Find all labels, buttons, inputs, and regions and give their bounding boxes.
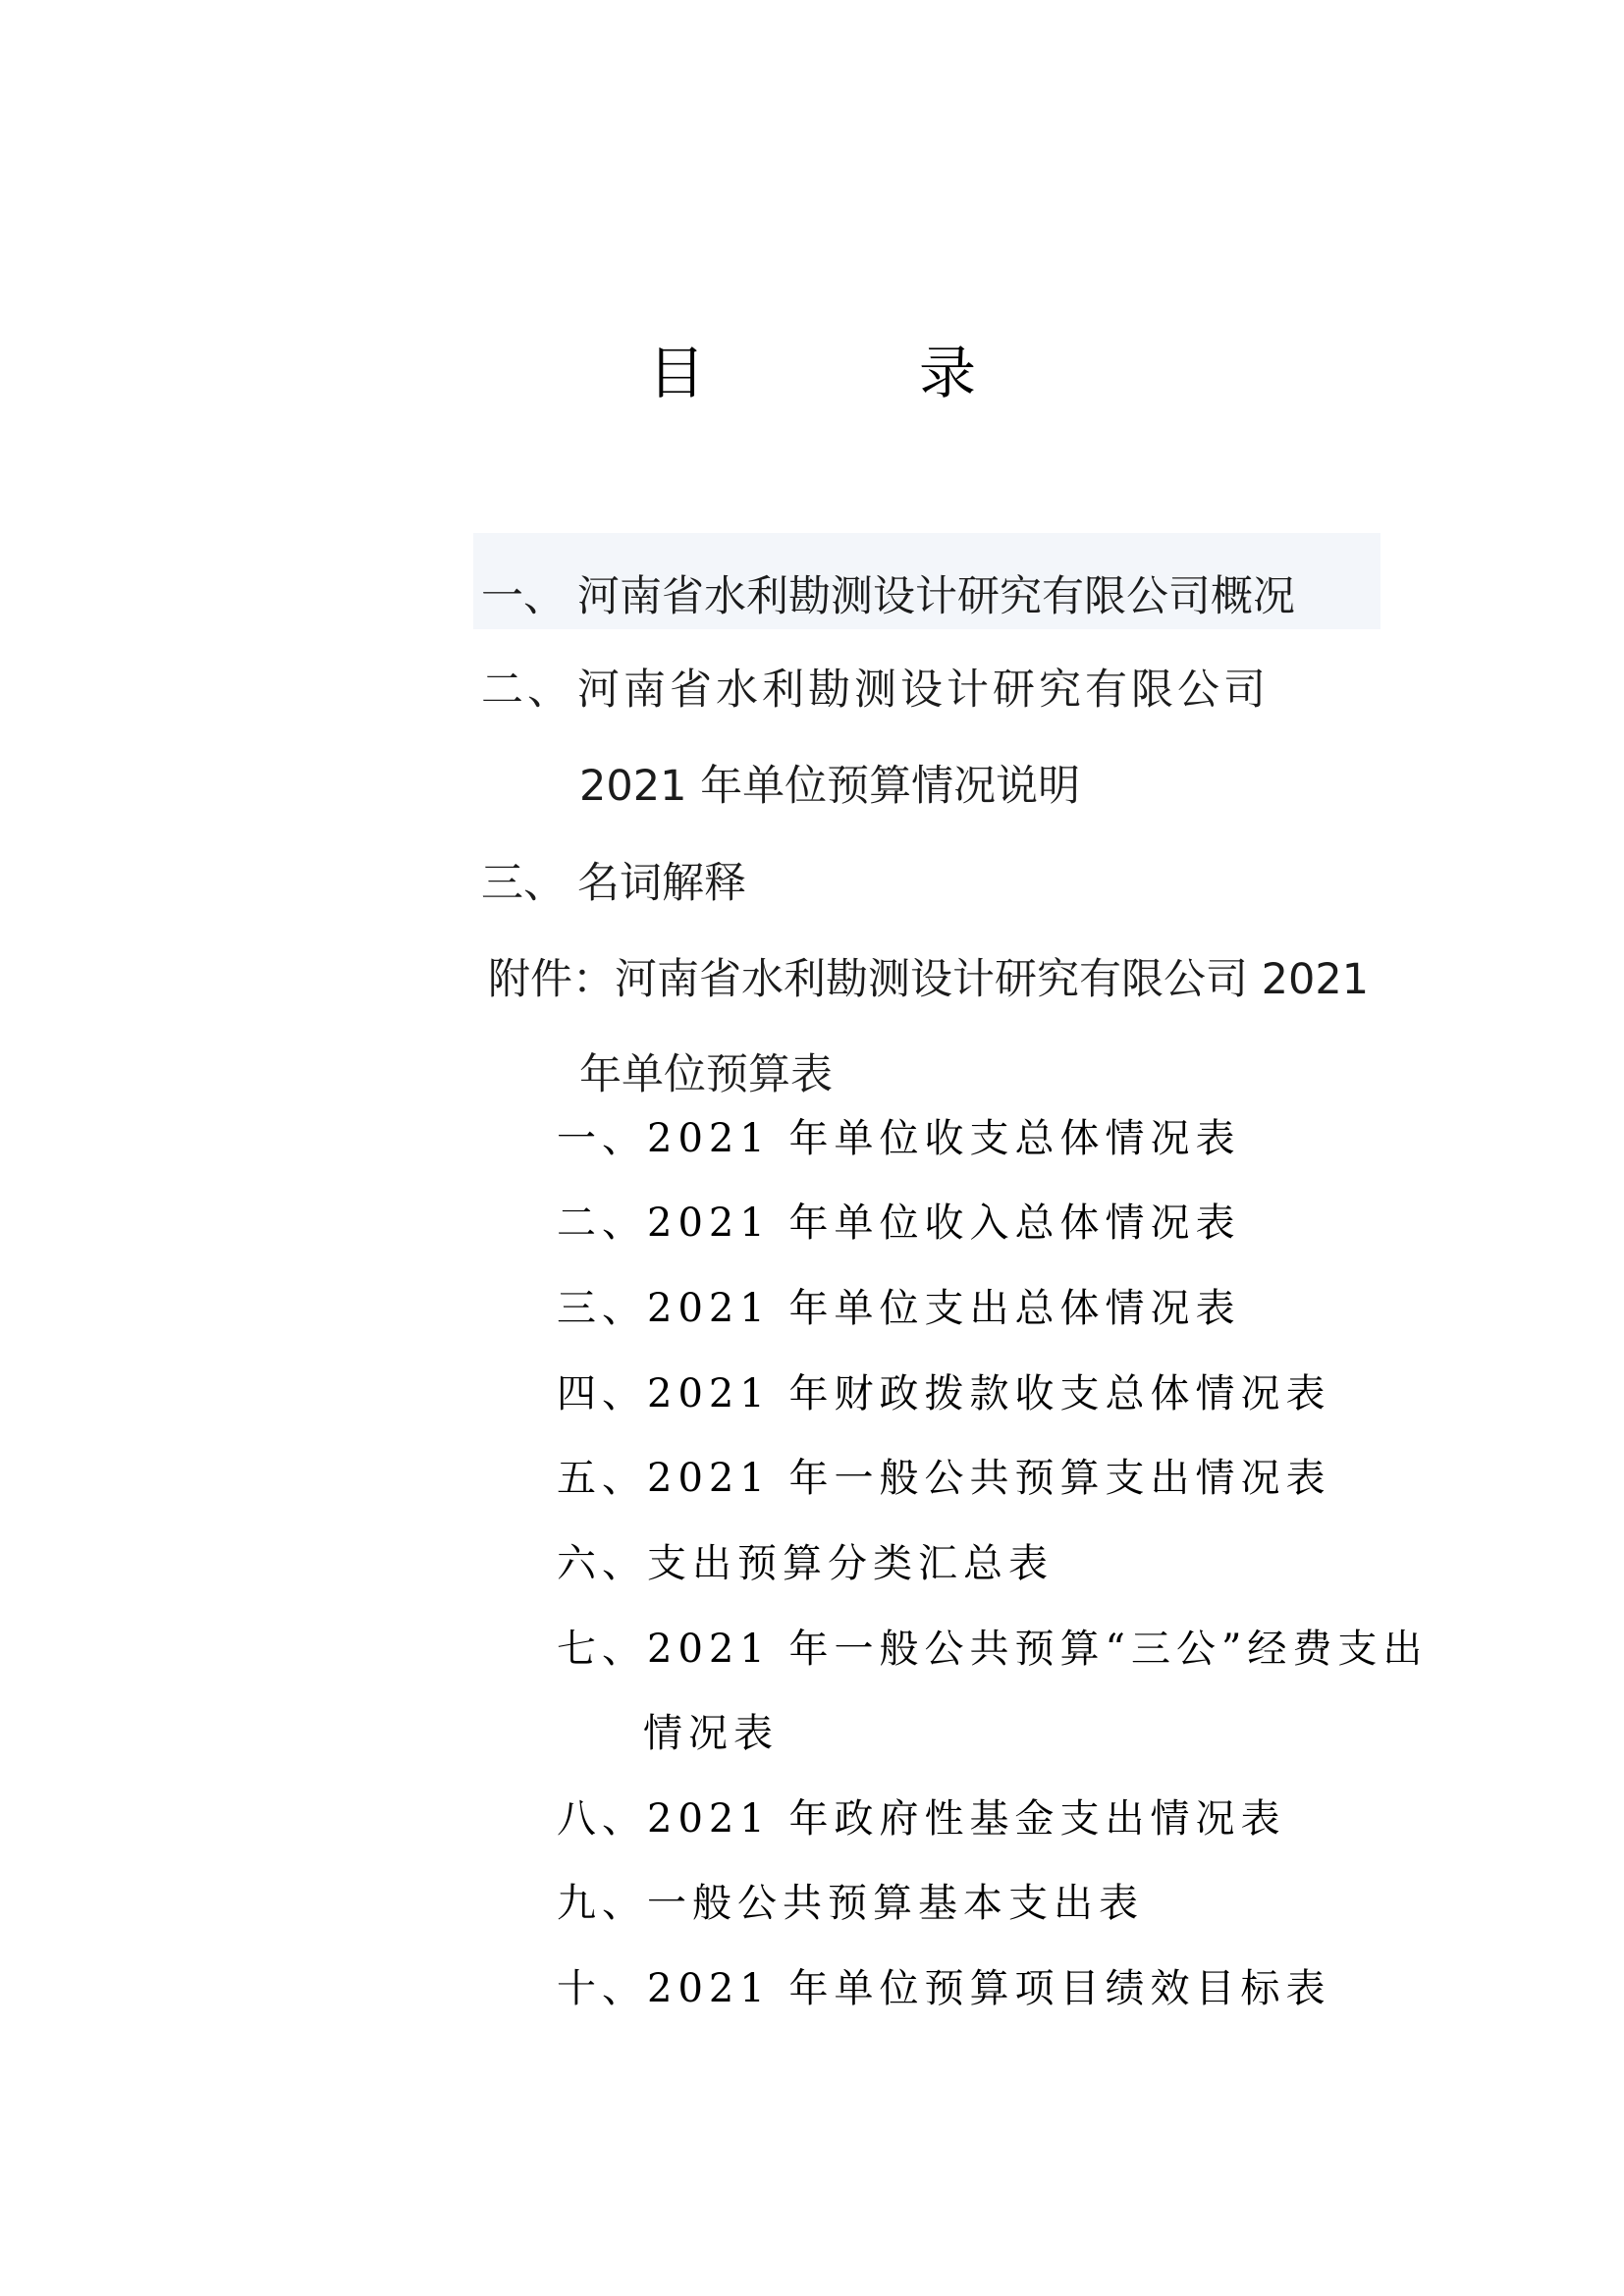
attachment-item-10[interactable]: 十、2021 年单位预算项目绩效目标表: [557, 1961, 1331, 2016]
page-title: 目 录: [0, 339, 1624, 407]
attachment-item-4[interactable]: 四、2021 年财政拨款收支总体情况表: [557, 1366, 1331, 1421]
section-number: 二、: [481, 663, 577, 718]
item-number: 四、: [557, 1371, 647, 1416]
item-number: 七、: [557, 1627, 647, 1672]
attachment-item-1[interactable]: 一、2021 年单位收支总体情况表: [557, 1111, 1241, 1166]
attachment-item-8[interactable]: 八、2021 年政府性基金支出情况表: [557, 1791, 1286, 1846]
attachment-title: 河南省水利勘测设计研究有限公司 2021: [615, 955, 1369, 1004]
attachment-label: 附件：: [488, 955, 615, 1004]
section-number: 一、: [481, 569, 577, 624]
item-title: 2021 年单位支出总体情况表: [647, 1286, 1241, 1331]
toc-attachment[interactable]: 附件：河南省水利勘测设计研究有限公司 2021: [488, 952, 1369, 1007]
attachment-item-5[interactable]: 五、2021 年一般公共预算支出情况表: [557, 1451, 1331, 1506]
section-number: 三、: [481, 856, 577, 911]
item-number: 九、: [557, 1881, 647, 1926]
item-title: 一般公共预算基本支出表: [647, 1881, 1144, 1926]
section-title: 河南省水利勘测设计研究有限公司: [577, 666, 1270, 715]
item-number: 十、: [557, 1966, 647, 2011]
attachment-item-3[interactable]: 三、2021 年单位支出总体情况表: [557, 1281, 1241, 1336]
attachment-item-6[interactable]: 六、支出预算分类汇总表: [557, 1536, 1054, 1591]
item-title: 2021 年一般公共预算“三公”经费支出: [647, 1627, 1428, 1672]
toc-attachment-continuation[interactable]: 年单位预算表: [579, 1047, 833, 1102]
toc-section-1[interactable]: 一、河南省水利勘测设计研究有限公司概况: [481, 569, 1295, 624]
attachment-item-9[interactable]: 九、一般公共预算基本支出表: [557, 1876, 1144, 1931]
attachment-item-2[interactable]: 二、2021 年单位收入总体情况表: [557, 1196, 1241, 1251]
attachment-item-7-continuation[interactable]: 情况表: [643, 1706, 779, 1761]
item-title: 支出预算分类汇总表: [647, 1541, 1054, 1586]
item-number: 一、: [557, 1116, 647, 1161]
item-title: 2021 年财政拨款收支总体情况表: [647, 1371, 1331, 1416]
item-number: 五、: [557, 1456, 647, 1501]
item-title: 2021 年一般公共预算支出情况表: [647, 1456, 1331, 1501]
item-title: 2021 年单位预算项目绩效目标表: [647, 1966, 1331, 2011]
item-number: 六、: [557, 1541, 647, 1586]
item-number: 八、: [557, 1796, 647, 1842]
item-title: 2021 年单位收支总体情况表: [647, 1116, 1241, 1161]
attachment-item-7[interactable]: 七、2021 年一般公共预算“三公”经费支出: [557, 1622, 1428, 1677]
toc-section-2[interactable]: 二、河南省水利勘测设计研究有限公司: [481, 663, 1270, 718]
item-number: 二、: [557, 1201, 647, 1246]
section-title: 名词解释: [577, 859, 746, 908]
item-title: 2021 年政府性基金支出情况表: [647, 1796, 1286, 1842]
toc-section-2-continuation[interactable]: 2021 年单位预算情况说明: [579, 759, 1080, 814]
item-title: 2021 年单位收入总体情况表: [647, 1201, 1241, 1246]
item-number: 三、: [557, 1286, 647, 1331]
toc-section-3[interactable]: 三、名词解释: [481, 856, 746, 911]
section-title: 河南省水利勘测设计研究有限公司概况: [577, 572, 1295, 621]
